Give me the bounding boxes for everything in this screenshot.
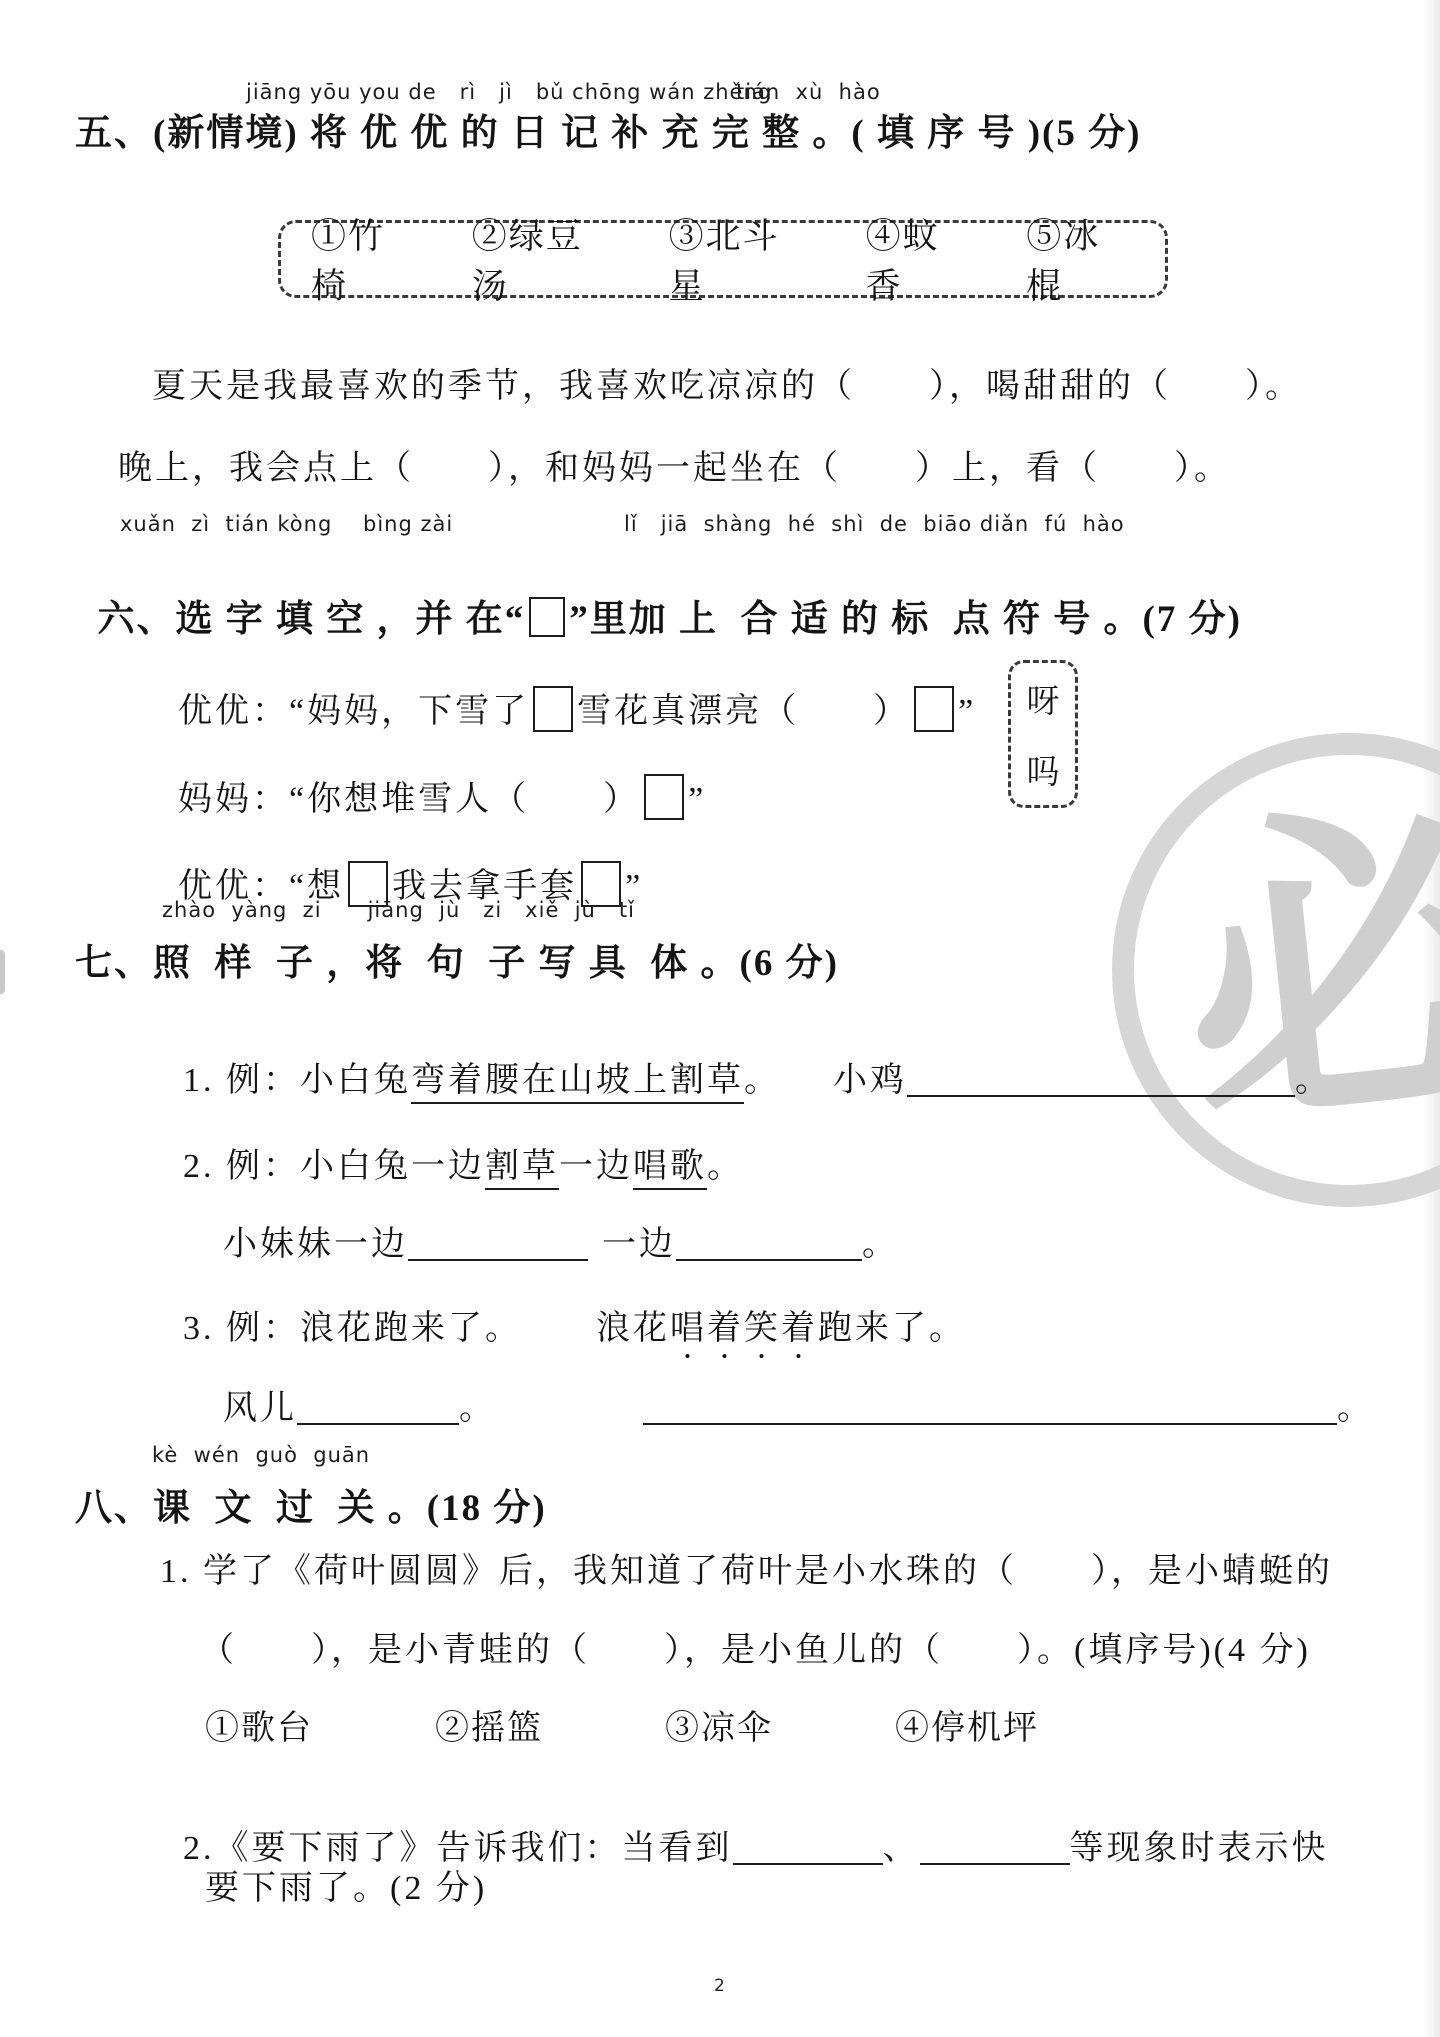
diary-line-1: 夏天是我最喜欢的季节，我喜欢吃凉凉的（ ），喝甜甜的（ ）。	[152, 358, 1302, 407]
item2-answer-prefix: 小妹妹一边	[223, 1226, 408, 1263]
word-bank: ①竹椅 ②绿豆汤 ③北斗星 ④蚊香 ⑤冰棍	[278, 220, 1168, 298]
exercise8-item2-line2: 要下雨了。(2 分)	[205, 1860, 487, 1909]
answer-blank	[408, 1223, 588, 1261]
option-4: ④停机坪	[895, 1700, 1039, 1749]
dialogue-1-text-b: 雪花真漂亮（ ）	[577, 693, 910, 730]
pinyin-section5-tianxuhao: tián xù hào	[736, 80, 881, 104]
watermark-stamp: 必	[1112, 733, 1440, 1207]
word-bank-item-4: ④蚊香	[866, 209, 975, 309]
scan-left-artifact	[0, 950, 5, 994]
section7-heading: 七、照 样 子 ，将 句 子 写 具 体 。(6 分)	[75, 932, 839, 986]
item1-example-underlined: 弯着腰在山坡上割草	[411, 1062, 744, 1104]
dialogue-1-text-a: 优优：“妈妈，下雪了	[178, 693, 529, 730]
dialogue-1-text-c: ”	[958, 693, 976, 730]
dialogue-line-3: 优优：“想我去拿手套”	[155, 820, 643, 907]
exercise7-item3-answer-long: 。	[620, 1342, 1374, 1429]
word-bank-item-3: ③北斗星	[669, 209, 814, 309]
punctuation-box-icon	[914, 686, 954, 732]
word-bank-item-5: ⑤冰棍	[1026, 209, 1135, 309]
pinyin-section6-a: xuǎn zì tián kòng bìng zài	[120, 512, 453, 536]
word-choice-ya: 呀	[1027, 675, 1060, 722]
answer-blank	[733, 1827, 883, 1865]
item3-period: 。	[459, 1390, 496, 1427]
pinyin-section8: kè wén guò guān	[152, 1443, 370, 1467]
section8-heading: 八、课 文 过 关 。(18 分)	[75, 1477, 547, 1531]
answer-blank	[920, 1827, 1070, 1865]
item2-separator: 、	[883, 1830, 920, 1867]
diary-line-2: 晚上，我会点上（ ），和妈妈一起坐在（ ）上，看（ ）。	[118, 440, 1231, 489]
answer-blank	[643, 1387, 1337, 1425]
exercise8-item2-line1: 2.《要下雨了》告诉我们：当看到、等现象时表示快	[160, 1782, 1329, 1869]
punctuation-box-icon	[529, 597, 565, 637]
section6-heading-a: 六、选 字 填 空 ，并 在“	[98, 599, 526, 640]
item2-answer-period: 。	[862, 1226, 899, 1263]
item3-subject: 风儿	[223, 1390, 297, 1427]
option-1: ①歌台	[205, 1700, 313, 1749]
dialogue-line-2: 妈妈：“你想堆雪人（ ）”	[155, 733, 706, 820]
word-bank-item-2: ②绿豆汤	[472, 209, 617, 309]
punctuation-box-icon	[644, 774, 684, 820]
exercise7-item2-answer-line: 小妹妹一边一边。	[200, 1178, 899, 1265]
punctuation-box-icon	[533, 686, 573, 732]
exercise8-item1-line1: 1. 学了《荷叶圆圆》后，我知道了荷叶是小水珠的（ ），是小蜻蜓的	[160, 1543, 1333, 1592]
pinyin-section7: zhào yàng zi jiāng jù zi xiě jù tǐ	[162, 898, 635, 922]
exercise7-item1: 1. 例：小白兔弯着腰在山坡上割草。小鸡。	[160, 1014, 1332, 1101]
section5-heading: 五、(新情境) 将 优 优 的 日 记 补 充 完 整 。( 填 序 号 )(5…	[75, 102, 1141, 156]
item2-answer-mid: 一边	[602, 1226, 676, 1263]
pinyin-section5-main: jiāng yōu you de rì jì bǔ chōng wán zhěn…	[246, 80, 772, 104]
answer-blank	[297, 1387, 459, 1425]
answer-blank	[907, 1059, 1295, 1097]
option-3: ③凉伞	[665, 1700, 773, 1749]
word-choice-ma: 吗	[1027, 746, 1060, 793]
item1-example-period: 。	[744, 1062, 781, 1099]
exercise7-item3-answer-short: 风儿。	[200, 1342, 496, 1429]
answer-blank	[676, 1223, 862, 1261]
item1-subject: 小鸡	[833, 1062, 907, 1099]
option-2: ②摇篮	[435, 1700, 543, 1749]
exercise8-options: ①歌台 ②摇篮 ③凉伞 ④停机坪	[205, 1700, 1039, 1749]
dialogue-2-text-a: 妈妈：“你想堆雪人（ ）	[178, 781, 640, 818]
pinyin-section6-b: lǐ jiā shàng hé shì de biāo diǎn fú hào	[624, 512, 1125, 536]
word-choice-box: 呀 吗	[1008, 660, 1078, 808]
page-number: 2	[714, 1976, 725, 1996]
dialogue-line-1: 优优：“妈妈，下雪了雪花真漂亮（ ）”	[155, 645, 976, 732]
exercise7-item2: 2. 例：小白兔一边割草一边唱歌。	[160, 1100, 744, 1187]
item2-text-c: 等现象时表示快	[1070, 1830, 1329, 1867]
dialogue-2-text-b: ”	[688, 781, 706, 818]
exercise8-item1-line2: （ ），是小青蛙的（ ），是小鱼儿的（ ）。(填序号)(4 分)	[200, 1622, 1311, 1671]
section6-heading-b: ”里加 上 合 适 的 标 点 符 号 。(7 分)	[569, 599, 1242, 640]
item1-period: 。	[1295, 1062, 1332, 1099]
word-bank-item-1: ①竹椅	[311, 209, 420, 309]
item3-long-period: 。	[1337, 1390, 1374, 1427]
item1-example-prefix: 1. 例：小白兔	[183, 1062, 411, 1099]
section6-heading: 六、选 字 填 空 ，并 在“”里加 上 合 适 的 标 点 符 号 。(7 分…	[75, 545, 1242, 642]
